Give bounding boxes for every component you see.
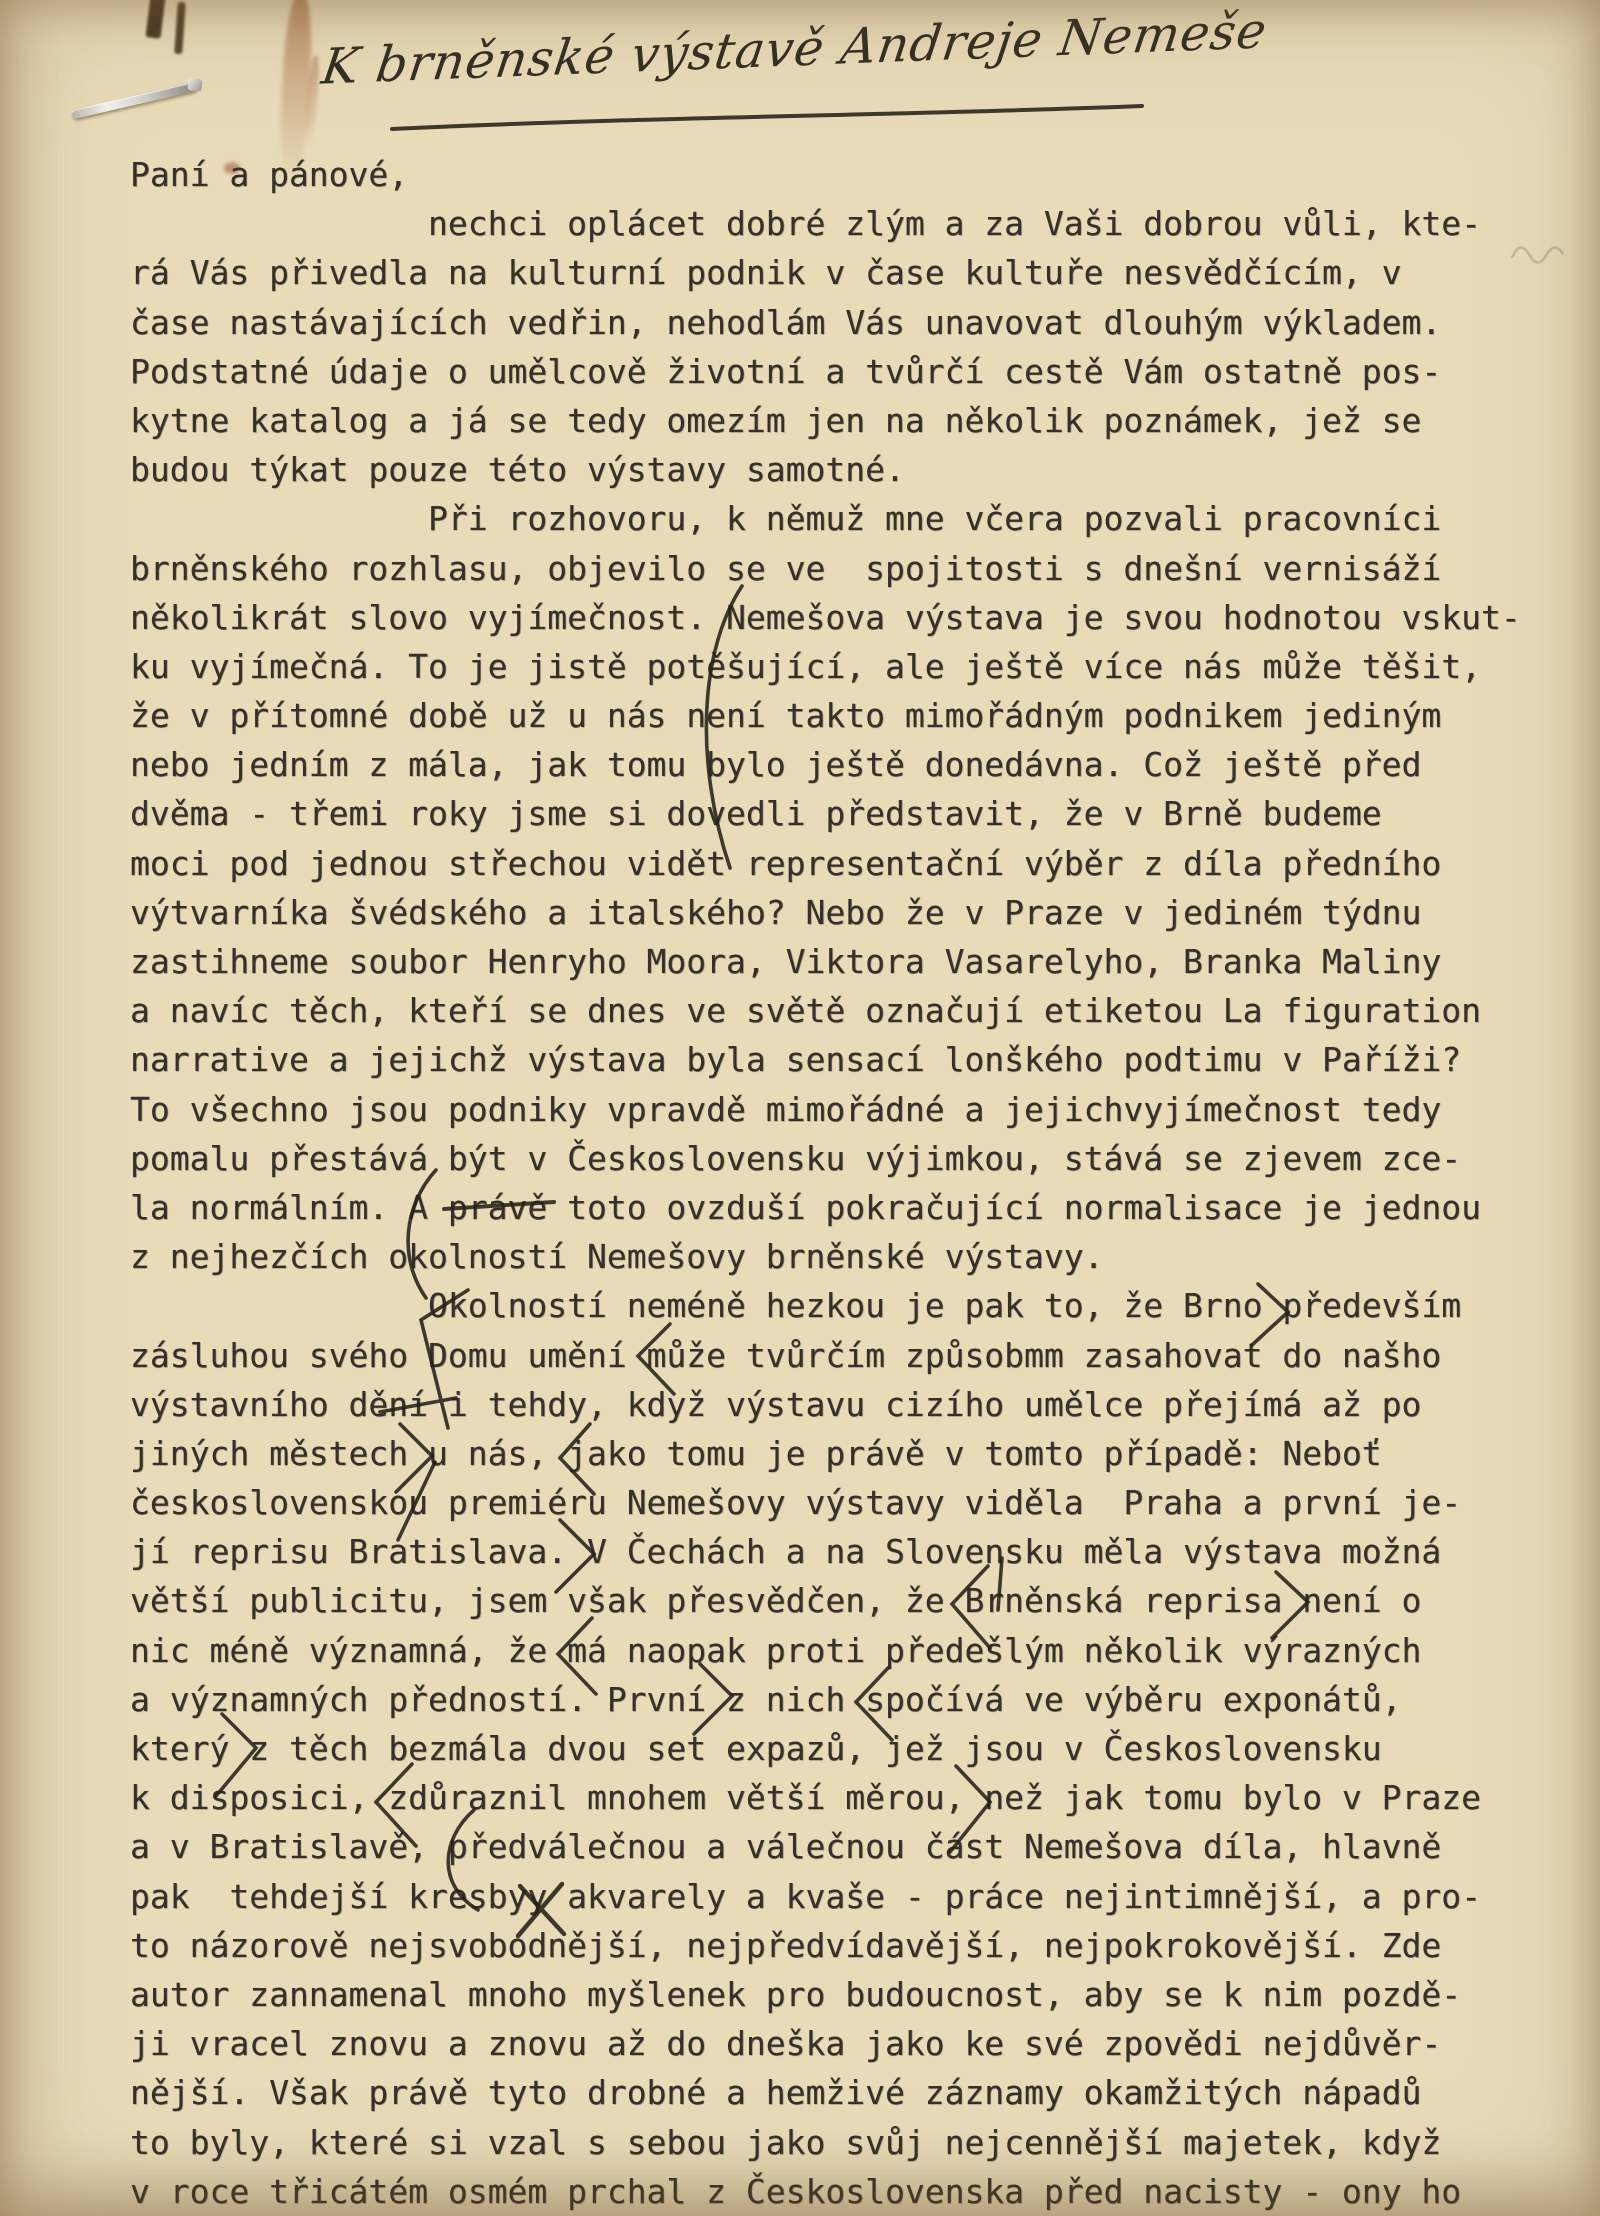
typed-line: a významných předností. První z nich spo… bbox=[130, 1675, 1570, 1724]
edge-smudge bbox=[174, 2, 186, 54]
typed-line: Podstatné údaje o umělcově životní a tvů… bbox=[130, 347, 1570, 396]
edge-smudge bbox=[145, 0, 165, 39]
typed-line: ji vracel znovu a znovu až do dneška jak… bbox=[130, 2019, 1570, 2068]
typed-line: čase nastávajících vedřin, nehodlám Vás … bbox=[130, 298, 1570, 347]
typed-line: nic méně významná, že má naopak proti př… bbox=[130, 1626, 1570, 1675]
typed-line: narrative a jejichž výstava byla sensací… bbox=[130, 1035, 1570, 1084]
typed-line: jiných městech u nás, jako tomu je právě… bbox=[130, 1429, 1570, 1478]
typed-line: a v Bratislavě, předválečnou a válečnou … bbox=[130, 1822, 1570, 1871]
typed-line: že v přítomné době už u nás není takto m… bbox=[130, 691, 1570, 740]
typed-line: ku vyjímečná. To je jistě potěšující, al… bbox=[130, 642, 1570, 691]
typed-line: a navíc těch, kteří se dnes ve světě ozn… bbox=[130, 986, 1570, 1035]
typed-line: to názorově nejsvobodnější, nejpředvídav… bbox=[130, 1921, 1570, 1970]
typed-line: z nejhezčích okolností Nemešovy brněnské… bbox=[130, 1232, 1570, 1281]
handwritten-title: K brněnské výstavě Andreje Nemeše bbox=[318, 5, 1185, 95]
typed-line: brněnského rozhlasu, objevilo se ve spoj… bbox=[130, 544, 1570, 593]
typed-line: To všechno jsou podniky vpravdě mimořádn… bbox=[130, 1085, 1570, 1134]
typed-line: výstavního dění i tehdy, když výstavu ci… bbox=[130, 1380, 1570, 1429]
typed-line: který z těch bezmála dvou set expazů, je… bbox=[130, 1724, 1570, 1773]
typed-text-block: Paní a pánové, nechci oplácet dobré zlým… bbox=[130, 150, 1570, 2216]
typed-line: nebo jedním z mála, jak tomu bylo ještě … bbox=[130, 740, 1570, 789]
typed-line: dvěma - třemi roky jsme si dovedli předs… bbox=[130, 789, 1570, 838]
title-underline bbox=[392, 106, 1142, 129]
typed-line: větší publicitu, jsem však přesvědčen, ž… bbox=[130, 1576, 1570, 1625]
document-page: K brněnské výstavě Andreje Nemeše Paní a… bbox=[0, 0, 1600, 2216]
typed-line: Paní a pánové, bbox=[130, 150, 1570, 199]
typed-line: kytne katalog a já se tedy omezím jen na… bbox=[130, 396, 1570, 445]
typed-line: jí reprisu Bratislava. V Čechách a na Sl… bbox=[130, 1527, 1570, 1576]
typed-line: Okolností neméně hezkou je pak to, že Br… bbox=[130, 1281, 1570, 1330]
staple bbox=[71, 82, 198, 120]
typed-line: nější. Však právě tyto drobné a hemživé … bbox=[130, 2068, 1570, 2117]
typed-line: pomalu přestává být v Československu výj… bbox=[130, 1134, 1570, 1183]
typed-line: výtvarníka švédského a italského? Nebo ž… bbox=[130, 888, 1570, 937]
typed-line: několikrát slovo vyjímečnost. Nemešova v… bbox=[130, 593, 1570, 642]
typed-line: Při rozhovoru, k němuž mne včera pozvali… bbox=[130, 494, 1570, 543]
typed-line: zásluhou svého Domu umění může tvůrčím z… bbox=[130, 1331, 1570, 1380]
typed-line: budou týkat pouze této výstavy samotné. bbox=[130, 445, 1570, 494]
typed-line: zastihneme soubor Henryho Moora, Viktora… bbox=[130, 937, 1570, 986]
typed-line: v roce třicátém osmém prchal z Českoslov… bbox=[130, 2167, 1570, 2216]
typed-line: autor zannamenal mnoho myšlenek pro budo… bbox=[130, 1970, 1570, 2019]
typed-line: to byly, které si vzal s sebou jako svůj… bbox=[130, 2118, 1570, 2167]
typed-line: rá Vás přivedla na kulturní podnik v čas… bbox=[130, 248, 1570, 297]
typed-line: nechci oplácet dobré zlým a za Vaši dobr… bbox=[130, 199, 1570, 248]
typed-line: moci pod jednou střechou vidět represent… bbox=[130, 839, 1570, 888]
typed-line: la normálním. A právě toto ovzduší pokra… bbox=[130, 1183, 1570, 1232]
typed-line: k disposici, zdůraznil mnohem větší měro… bbox=[130, 1773, 1570, 1822]
typed-line: československou premiéru Nemešovy výstav… bbox=[130, 1478, 1570, 1527]
typed-line: pak tehdejší kresbyy akvarely a kvaše - … bbox=[130, 1872, 1570, 1921]
